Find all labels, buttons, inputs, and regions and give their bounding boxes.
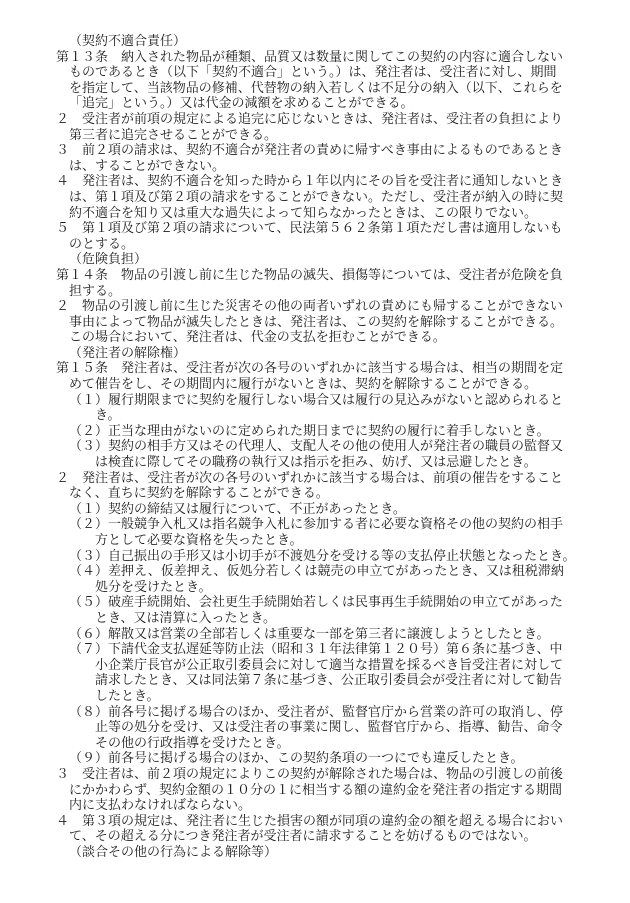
- text-line: （２）一般競争入札又は指名競争入札に参加する者に必要な資格その他の契約の相手: [56, 517, 575, 533]
- list-item: （２）正当な理由がないのに定められた期日までに契約の履行に着手しないとき。: [56, 424, 575, 440]
- article-heading: （契約不適合責任）: [56, 34, 575, 50]
- text-line: （８）前各号に掲げる場合のほか、受注者が、監督官庁から営業の許可の取消し、停: [56, 705, 575, 721]
- paragraph: 第１５条 発注者は、受注者が次の各号のいずれかに該当する場合は、相当の期間を定 …: [56, 361, 575, 470]
- text-line: （４）差押え、仮差押え、仮処分若しくは競売の申立てがあったとき、又は租税滞納: [56, 564, 575, 580]
- text-line: なく、直ちに契約を解除することができる。: [56, 486, 575, 502]
- text-line: 第１３条 納入された物品が種類、品質又は数量に関してこの契約の内容に適合しない: [56, 50, 575, 66]
- list-item: （９）前各号に掲げる場合のほか、この契約条項の一つにでも違反したとき。: [56, 751, 575, 767]
- article-13: （契約不適合責任） 第１３条 納入された物品が種類、品質又は数量に関してこの契約…: [56, 34, 575, 252]
- text-line: とき、又は清算に入ったとき。: [56, 611, 575, 627]
- paragraph: ３ 受注者は、前２項の規定によりこの契約が解除された場合は、物品の引渡しの前後 …: [56, 767, 575, 814]
- text-line: （１）契約の締結又は履行について、不正があったとき。: [56, 502, 575, 518]
- paragraph: ４ 発注者は、契約不適合を知った時から１年以内にその旨を受注者に通知しないとき …: [56, 174, 575, 221]
- text-line: 第１４条 物品の引渡し前に生じた物品の滅失、損傷等については、受注者が危険を負: [56, 268, 575, 284]
- text-line: 請求したとき、又は同法第７条に基づき、公正取引委員会が受注者に対して勧告: [56, 673, 575, 689]
- paragraph: ３ 前２項の請求は、契約不適合が発注者の責めに帰すべき事由によるものであるとき …: [56, 143, 575, 174]
- list-item: （５）破産手続開始、会社更生手続開始若しくは民事再生手続開始の申立てがあった と…: [56, 595, 575, 626]
- text-line: ２ 受注者が前項の規定による追完に応じないときは、発注者は、受注者の負担により: [56, 112, 575, 128]
- paragraph: ２ 受注者が前項の規定による追完に応じないときは、発注者は、受注者の負担により …: [56, 112, 575, 143]
- text-line: 止等の処分を受け、又は受注者の事業に関し、監督官庁から、指導、勧告、命令: [56, 720, 575, 736]
- document-page: （契約不適合責任） 第１３条 納入された物品が種類、品質又は数量に関してこの契約…: [0, 0, 630, 903]
- article-14: （危険負担） 第１４条 物品の引渡し前に生じた物品の滅失、損傷等については、受注…: [56, 252, 575, 346]
- text-line: ４ 発注者は、契約不適合を知った時から１年以内にその旨を受注者に通知しないとき: [56, 174, 575, 190]
- text-line: ５ 第１項及び第２項の請求について、民法第５６２条第１項ただし書は適用しないも: [56, 221, 575, 237]
- article-heading: （談合その他の行為による解除等）: [56, 845, 575, 861]
- text-line: この場合において、発注者は、代金の支払を拒むことができる。: [56, 330, 575, 346]
- text-line: ものであるとき（以下「契約不適合」という。）は、発注者は、受注者に対し、期間: [56, 65, 575, 81]
- text-line: ３ 受注者は、前２項の規定によりこの契約が解除された場合は、物品の引渡しの前後: [56, 767, 575, 783]
- text-line: 内に支払わなければならない。: [56, 798, 575, 814]
- text-line: て、その超える分につき発注者が受注者に請求することを妨げるものではない。: [56, 829, 575, 845]
- text-line: （７）下請代金支払遅延等防止法（昭和３１年法律第１２０号）第６条に基づき、中: [56, 642, 575, 658]
- text-line: 第１５条 発注者は、受注者が次の各号のいずれかに該当する場合は、相当の期間を定: [56, 361, 575, 377]
- text-line: 担する。: [56, 284, 575, 300]
- list-item: （６）解散又は営業の全部若しくは重要な一部を第三者に譲渡しようとしたとき。: [56, 627, 575, 643]
- paragraph: ２ 発注者は、受注者が次の各号のいずれかに該当する場合は、前項の催告をすること …: [56, 471, 575, 767]
- text-line: （６）解散又は営業の全部若しくは重要な一部を第三者に譲渡しようとしたとき。: [56, 627, 575, 643]
- text-line: のとする。: [56, 237, 575, 253]
- text-line: 方として必要な資格を失ったとき。: [56, 533, 575, 549]
- text-line: 事由によって物品が滅失したときは、発注者は、この契約を解除することができる。: [56, 315, 575, 331]
- text-line: （１）履行期限までに契約を履行しない場合又は履行の見込みがないと認められると: [56, 393, 575, 409]
- text-line: き。: [56, 408, 575, 424]
- text-line: 約不適合を知り又は重大な過失によって知らなかったときは、この限りでない。: [56, 206, 575, 222]
- text-line: 「追完」という。）又は代金の減額を求めることができる。: [56, 96, 575, 112]
- text-line: 処分を受けたとき。: [56, 580, 575, 596]
- text-line: したとき。: [56, 689, 575, 705]
- list-item: （４）差押え、仮差押え、仮処分若しくは競売の申立てがあったとき、又は租税滞納 処…: [56, 564, 575, 595]
- text-line: その他の行政指導を受けたとき。: [56, 736, 575, 752]
- text-line: （２）正当な理由がないのに定められた期日までに契約の履行に着手しないとき。: [56, 424, 575, 440]
- paragraph: ２ 物品の引渡し前に生じた災害その他の両者いずれの責めにも帰することができない …: [56, 299, 575, 346]
- list-item: （２）一般競争入札又は指名競争入札に参加する者に必要な資格その他の契約の相手 方…: [56, 517, 575, 548]
- text-line: は検査に際してその職務の執行又は指示を拒み、妨げ、又は忌避したとき。: [56, 455, 575, 471]
- text-line: にかかわらず、契約金額の１０分の１に相当する額の違約金を発注者の指定する期間: [56, 783, 575, 799]
- text-line: は、第１項及び第２項の請求をすることができない。ただし、受注者が納入の時に契: [56, 190, 575, 206]
- paragraph: ４ 第３項の規定は、発注者に生じた損害の額が同項の違約金の額を超える場合におい …: [56, 814, 575, 845]
- list-item: （１）契約の締結又は履行について、不正があったとき。: [56, 502, 575, 518]
- text-line: ２ 物品の引渡し前に生じた災害その他の両者いずれの責めにも帰することができない: [56, 299, 575, 315]
- list-item: （１）履行期限までに契約を履行しない場合又は履行の見込みがないと認められると き…: [56, 393, 575, 424]
- article-heading: （発注者の解除権）: [56, 346, 575, 362]
- text-line: は、することができない。: [56, 159, 575, 175]
- list-item: （３）契約の相手方又はその代理人、支配人その他の使用人が発注者の職員の監督又 は…: [56, 439, 575, 470]
- text-line: （３）契約の相手方又はその代理人、支配人その他の使用人が発注者の職員の監督又: [56, 439, 575, 455]
- list-item: （３）自己振出の手形又は小切手が不渡処分を受ける等の支払停止状態となったとき。: [56, 549, 575, 565]
- list-item: （８）前各号に掲げる場合のほか、受注者が、監督官庁から営業の許可の取消し、停 止…: [56, 705, 575, 752]
- text-line: を指定して、当該物品の修補、代替物の納入若しくは不足分の納入（以下、これらを: [56, 81, 575, 97]
- text-line: （９）前各号に掲げる場合のほか、この契約条項の一つにでも違反したとき。: [56, 751, 575, 767]
- text-line: （５）破産手続開始、会社更生手続開始若しくは民事再生手続開始の申立てがあった: [56, 595, 575, 611]
- paragraph: 第１３条 納入された物品が種類、品質又は数量に関してこの契約の内容に適合しない …: [56, 50, 575, 112]
- paragraph: ５ 第１項及び第２項の請求について、民法第５６２条第１項ただし書は適用しないも …: [56, 221, 575, 252]
- text-line: めて催告をし、その期間内に履行がないときは、契約を解除することができる。: [56, 377, 575, 393]
- article-15: （発注者の解除権） 第１５条 発注者は、受注者が次の各号のいずれかに該当する場合…: [56, 346, 575, 845]
- text-line: 小企業庁長官が公正取引委員会に対して適当な措置を採るべき旨受注者に対して: [56, 658, 575, 674]
- paragraph: 第１４条 物品の引渡し前に生じた物品の滅失、損傷等については、受注者が危険を負 …: [56, 268, 575, 299]
- text-line: ２ 発注者は、受注者が次の各号のいずれかに該当する場合は、前項の催告をすること: [56, 471, 575, 487]
- article-heading: （危険負担）: [56, 252, 575, 268]
- text-line: ３ 前２項の請求は、契約不適合が発注者の責めに帰すべき事由によるものであるとき: [56, 143, 575, 159]
- text-line: ４ 第３項の規定は、発注者に生じた損害の額が同項の違約金の額を超える場合におい: [56, 814, 575, 830]
- list-item: （７）下請代金支払遅延等防止法（昭和３１年法律第１２０号）第６条に基づき、中 小…: [56, 642, 575, 704]
- text-line: （３）自己振出の手形又は小切手が不渡処分を受ける等の支払停止状態となったとき。: [56, 549, 575, 565]
- text-line: 第三者に追完させることができる。: [56, 128, 575, 144]
- document-body: （契約不適合責任） 第１３条 納入された物品が種類、品質又は数量に関してこの契約…: [56, 34, 575, 860]
